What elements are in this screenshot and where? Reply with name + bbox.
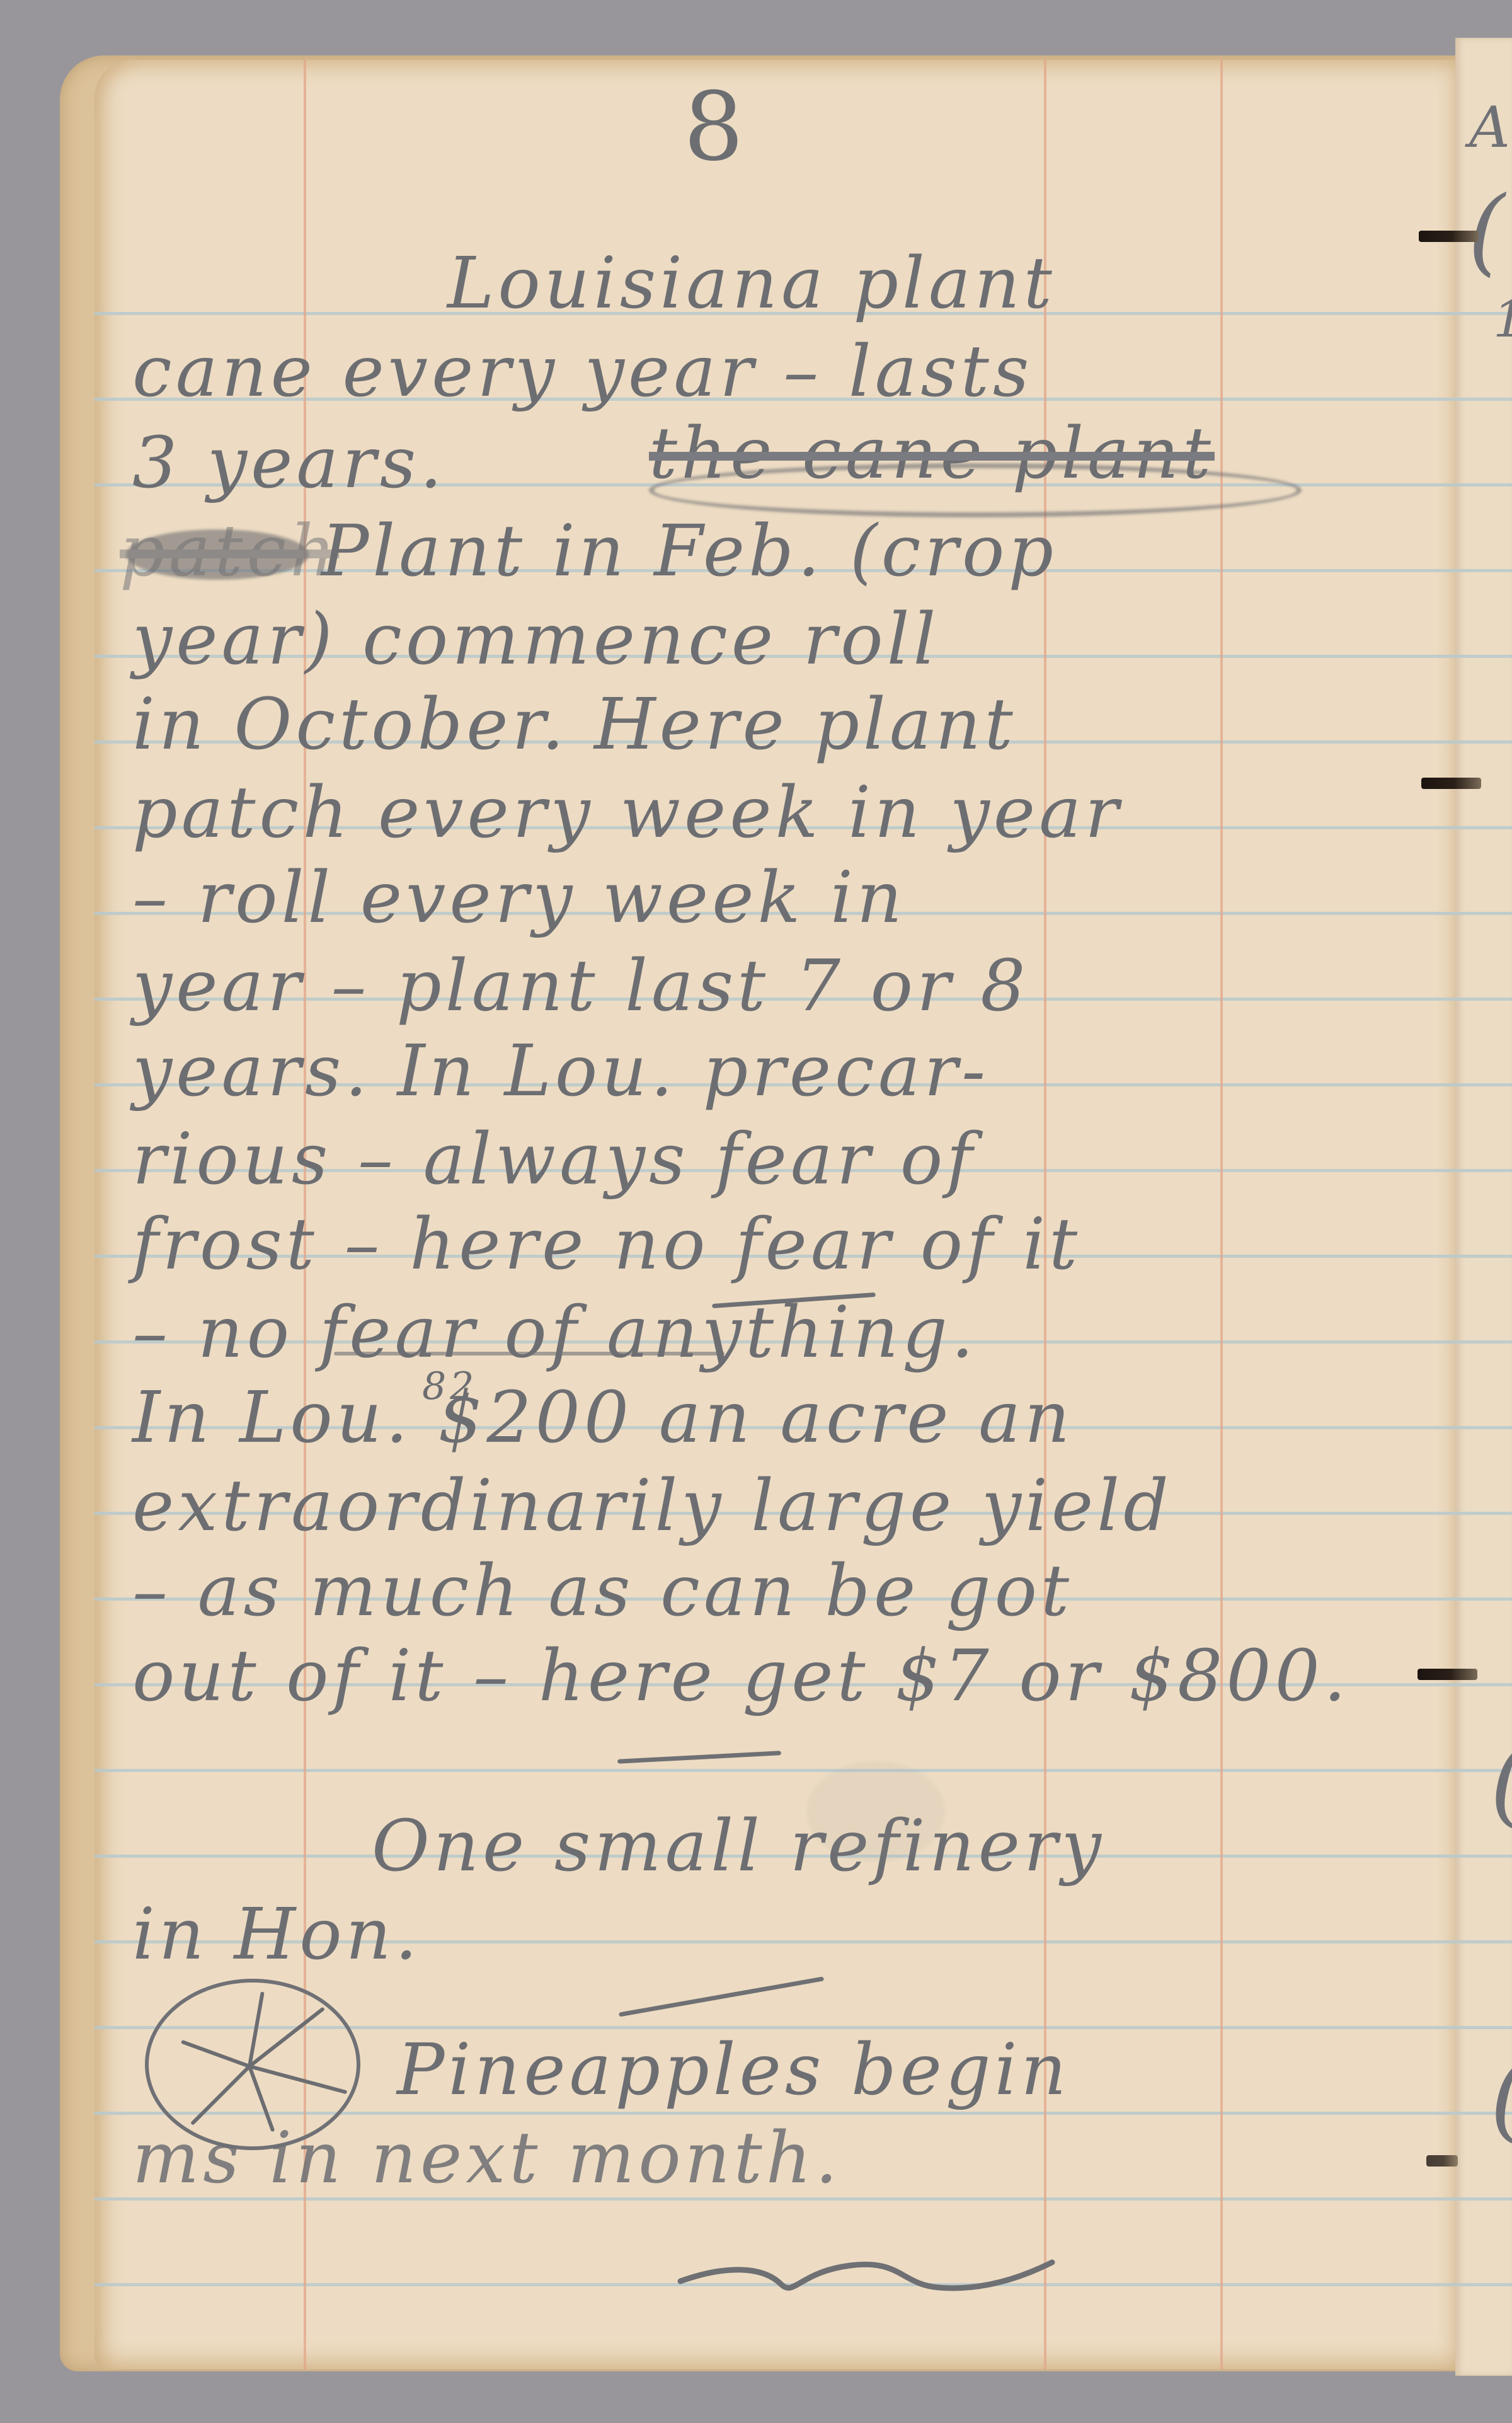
handwritten-line: Plant in Feb. (crop bbox=[321, 510, 1057, 592]
handwritten-line: cane every year – lasts bbox=[132, 331, 1033, 413]
section-divider bbox=[617, 1751, 781, 1764]
binding-slit bbox=[1419, 231, 1479, 242]
handwritten-line: extraordinarily large yield bbox=[132, 1465, 1172, 1547]
rule-line bbox=[1455, 2026, 1512, 2029]
binding-slit bbox=[1417, 1669, 1477, 1680]
rule-line bbox=[1455, 1169, 1512, 1172]
handwritten-line: Louisiana plant bbox=[447, 243, 1056, 325]
handwritten-line: year – plant last 7 or 8 bbox=[132, 945, 1029, 1027]
struck-text: patch bbox=[120, 510, 339, 592]
strikethrough-loop bbox=[649, 463, 1302, 517]
rule-line bbox=[1455, 2197, 1512, 2201]
rule-line bbox=[1455, 1512, 1512, 1515]
handwritten-line: in October. Here plant bbox=[132, 684, 1017, 766]
page-number: 8 bbox=[684, 72, 747, 182]
facing-page-fragment: ( bbox=[1490, 2042, 1512, 2151]
facing-page-fragment: 1 bbox=[1493, 290, 1512, 348]
rule-line bbox=[1455, 1426, 1512, 1429]
handwritten-line: patch every week in year bbox=[132, 772, 1123, 854]
handwritten-line: rious – always fear of bbox=[132, 1119, 976, 1200]
column-line-2 bbox=[1220, 60, 1223, 2369]
rule-line bbox=[1455, 483, 1512, 486]
handwritten-line: In Lou. $200 an acre an bbox=[132, 1377, 1074, 1459]
rule-line bbox=[1455, 826, 1512, 829]
rule-line bbox=[1455, 1340, 1512, 1344]
rule-line bbox=[94, 1769, 1455, 1772]
rule-line bbox=[1455, 1255, 1512, 1258]
handwritten-line: – roll every week in bbox=[132, 857, 906, 939]
handwritten-line: Pineapples begin bbox=[397, 2029, 1070, 2111]
rule-line bbox=[1455, 569, 1512, 572]
handwritten-line: year) commence roll bbox=[132, 599, 939, 681]
facing-page-edge: A ( 1 ( ( bbox=[1455, 38, 1512, 2376]
rule-line bbox=[1455, 398, 1512, 401]
rule-line bbox=[1455, 655, 1512, 658]
handwritten-line: – no fear of anything. bbox=[132, 1292, 977, 1374]
section-divider bbox=[619, 1976, 824, 2017]
notebook-page: 8 Louisiana plant cane every year – last… bbox=[94, 60, 1455, 2369]
rule-line bbox=[1455, 1940, 1512, 1943]
handwritten-line: – as much as can be got bbox=[132, 1550, 1073, 1632]
strikethrough-line bbox=[334, 1352, 724, 1355]
binding-slit bbox=[1421, 778, 1481, 789]
handwritten-line: out of it – here get $7 or $800. bbox=[132, 1635, 1349, 1717]
handwritten-line: years. In Lou. precar- bbox=[132, 1030, 989, 1112]
rule-line bbox=[1455, 1083, 1512, 1086]
closing-flourish bbox=[674, 2247, 1065, 2297]
rule-line bbox=[1455, 1683, 1512, 1686]
handwritten-line: ms in next month. bbox=[132, 2117, 842, 2199]
handwritten-line: in Hon. bbox=[132, 1894, 421, 1976]
handwritten-line: One small refinery bbox=[372, 1805, 1105, 1887]
facing-page-fragment: ( bbox=[1490, 1727, 1512, 1836]
rule-line bbox=[1455, 2283, 1512, 2286]
rule-line bbox=[1455, 912, 1512, 915]
rule-line bbox=[1455, 998, 1512, 1001]
facing-page-fragment: A bbox=[1469, 95, 1510, 161]
smudge bbox=[806, 1761, 945, 1862]
handwritten-line: frost – here no fear of it bbox=[132, 1204, 1081, 1286]
rule-line bbox=[1455, 1597, 1512, 1601]
handwritten-line: 3 years. bbox=[132, 422, 446, 504]
binding-slit bbox=[1426, 2155, 1458, 2167]
rule-line bbox=[1455, 740, 1512, 744]
rule-line bbox=[1455, 1855, 1512, 1858]
